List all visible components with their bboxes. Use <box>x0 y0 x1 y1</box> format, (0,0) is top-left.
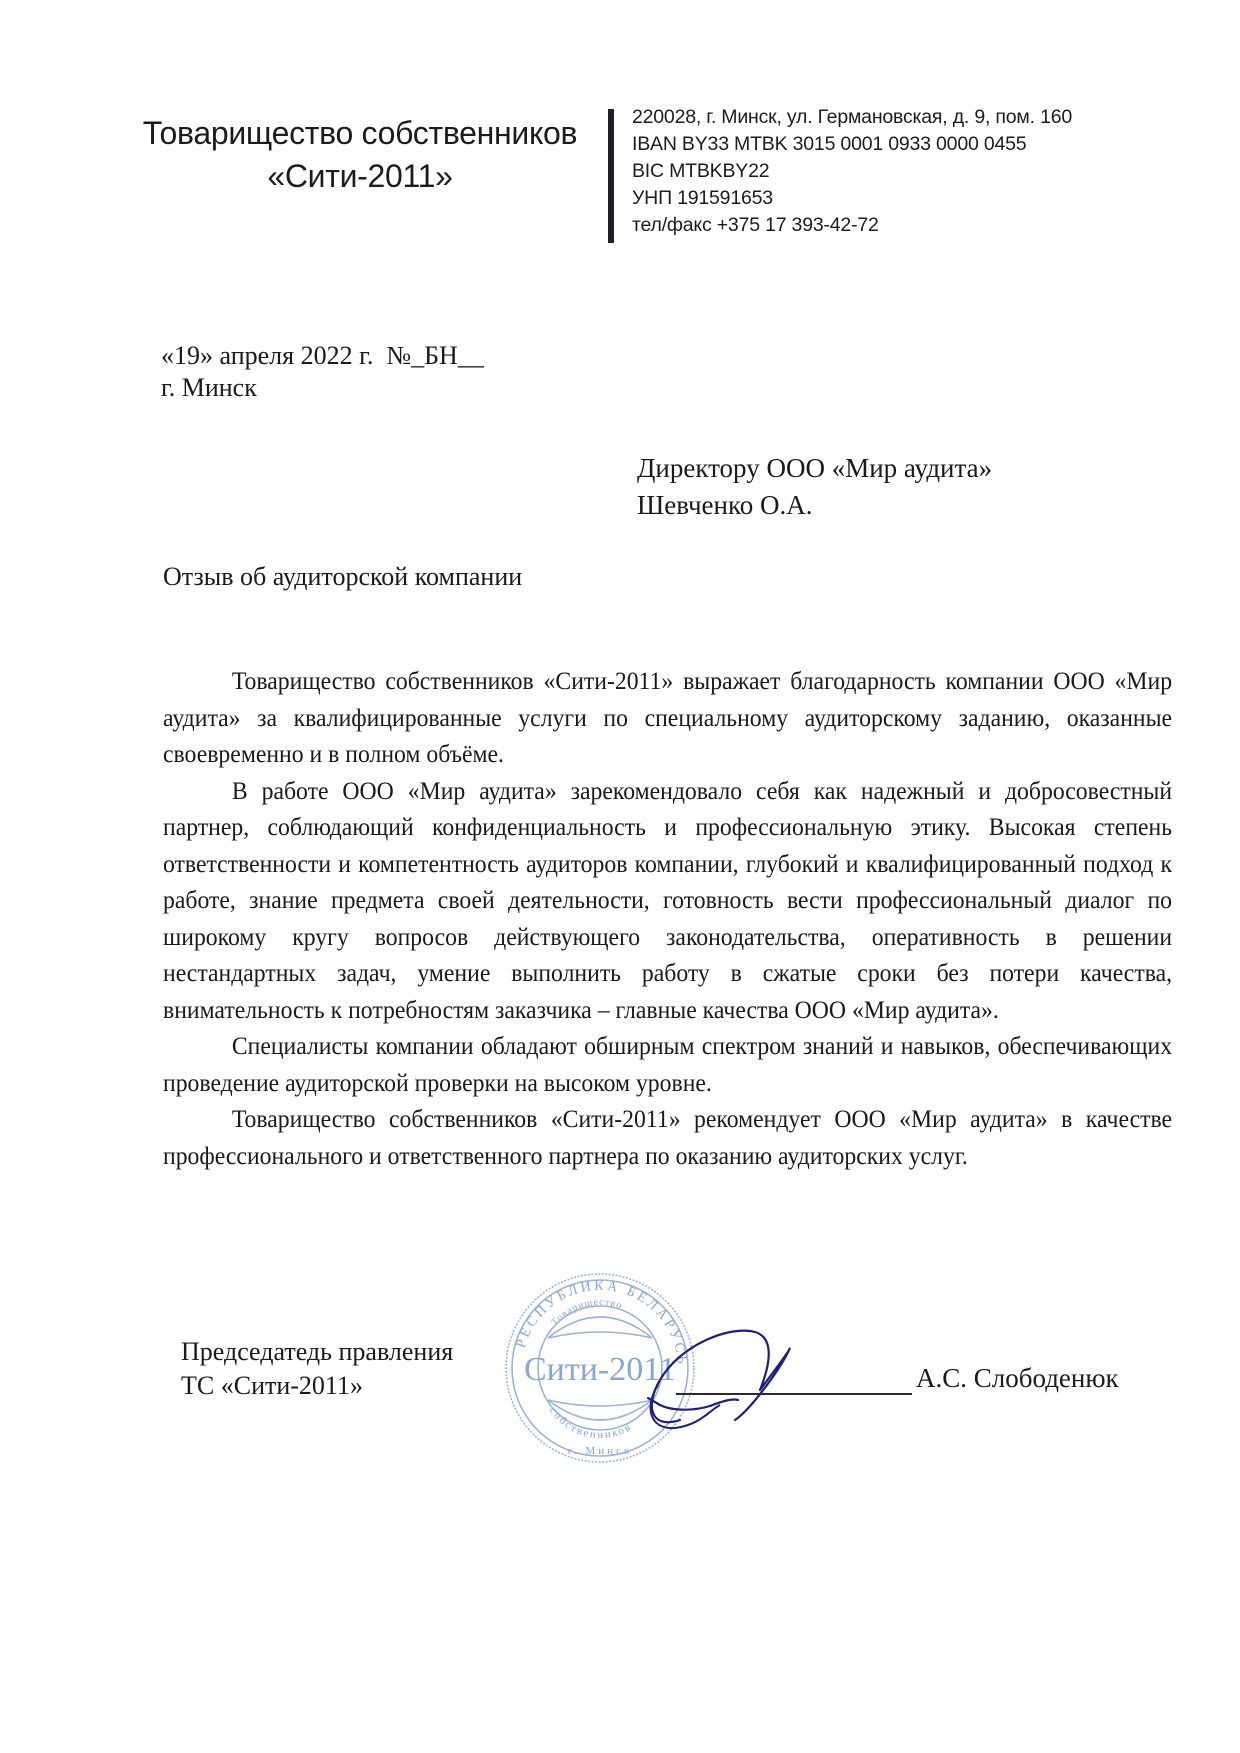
handwritten-signature-icon <box>640 1310 880 1440</box>
signer-name: А.С. Слободенюк <box>916 1361 1119 1395</box>
signer-organization: ТС «Сити-2011» <box>181 1369 453 1403</box>
signer-title: Председатедь правления ТС «Сити-2011» <box>181 1335 453 1403</box>
organization-name-line2: «Сити-2011» <box>130 155 590 198</box>
letter-city: г. Минск <box>161 372 484 404</box>
requisite-bic: BIC MTBKBY22 <box>632 158 1072 185</box>
svg-text:собственников: собственников <box>547 1405 635 1441</box>
body-paragraph: Товарищество собственников «Сити-2011» р… <box>163 1101 1172 1174</box>
requisite-iban: IBAN BY33 MTBK 3015 0001 0933 0000 0455 <box>632 131 1072 158</box>
letter-body: Товарищество собственников «Сити-2011» в… <box>163 663 1172 1174</box>
requisite-phone: тел/факс +375 17 393-42-72 <box>632 212 1072 239</box>
body-paragraph: Специалисты компании обладают обширным с… <box>163 1028 1172 1101</box>
signer-position: Председатедь правления <box>181 1335 453 1369</box>
organization-name-line1: Товарищество собственников <box>130 112 590 155</box>
body-paragraph: В работе ООО «Мир аудита» зарекомендовал… <box>163 773 1172 1029</box>
requisite-address: 220028, г. Минск, ул. Германовская, д. 9… <box>632 104 1072 131</box>
organization-name: Товарищество собственников «Сити-2011» <box>130 112 590 198</box>
addressee-block: Директору ООО «Мир аудита» Шевченко О.А. <box>637 450 992 524</box>
requisite-unp: УНП 191591653 <box>632 185 1072 212</box>
addressee-position: Директору ООО «Мир аудита» <box>637 450 992 487</box>
date-block: «19» апреля 2022 г. №_БН__ г. Минск <box>161 340 484 404</box>
letter-subject: Отзыв об аудиторской компании <box>163 561 522 593</box>
letterhead-divider-bar <box>608 109 614 243</box>
organization-requisites: 220028, г. Минск, ул. Германовская, д. 9… <box>632 104 1072 239</box>
letter-date-number: «19» апреля 2022 г. №_БН__ <box>161 340 484 372</box>
svg-text:г. Минск: г. Минск <box>568 1445 633 1457</box>
letter-page: Товарищество собственников «Сити-2011» 2… <box>0 0 1240 1753</box>
addressee-name: Шевченко О.А. <box>637 487 992 524</box>
body-paragraph: Товарищество собственников «Сити-2011» в… <box>163 663 1172 773</box>
